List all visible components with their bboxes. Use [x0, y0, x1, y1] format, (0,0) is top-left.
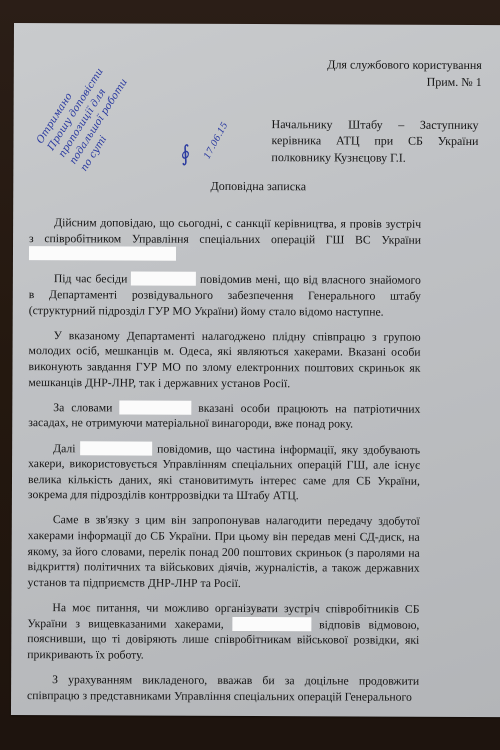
paragraph-text: З урахуванням викладеного, вважав би за … — [27, 673, 419, 703]
paragraph: На моє питання, чи можливо організувати … — [27, 600, 419, 664]
document-header: Для службового користування Прим. № 1 — [327, 56, 482, 90]
paragraph: Далі повідомив, що частина інформації, я… — [28, 441, 420, 505]
paragraph-text: Саме в зв'язку з цим він запропонував на… — [28, 514, 420, 590]
paragraph: У вказаному Департаменті налагоджено плі… — [28, 328, 420, 392]
document-page: Для службового користування Прим. № 1 От… — [11, 23, 500, 717]
redaction-box — [29, 246, 176, 261]
paragraph-text: У вказаному Департаменті налагоджено плі… — [28, 329, 420, 390]
paragraph: За словами вказані особи працюють на пат… — [28, 400, 420, 433]
redaction-box — [119, 400, 191, 414]
paragraph-text: Дійсним доповідаю, що сьогодні, с санкці… — [29, 216, 421, 246]
paragraph: Під час бесіди повідомив мені, що від вл… — [29, 271, 421, 319]
document-body: Дійсним доповідаю, що сьогодні, с санкці… — [27, 215, 421, 714]
paragraph: З урахуванням викладеного, вважав би за … — [27, 672, 419, 705]
document-title: Доповідна записка — [13, 178, 500, 195]
redaction-box — [232, 617, 311, 631]
signature-icon: ∮ — [175, 141, 193, 167]
paragraph: Дійсним доповідаю, що сьогодні, с санкці… — [29, 215, 421, 263]
addressee-block: Начальнику Штабу – Заступнику керівника … — [271, 116, 478, 166]
classification-label: Для службового користування — [327, 56, 482, 73]
paragraph-text: Далі — [53, 442, 75, 455]
handwritten-resolution: Отримано Прошу доповісти пропозиції для … — [34, 21, 210, 203]
redaction-box — [80, 441, 152, 455]
paragraph-text: За словами — [53, 401, 112, 414]
redaction-box — [131, 272, 196, 286]
copy-number: Прим. № 1 — [327, 73, 482, 90]
paragraph: Саме в зв'язку з цим він запропонував на… — [28, 513, 420, 593]
paragraph-text: Під час бесіди — [54, 273, 128, 286]
handwritten-date: 17.06.15 — [203, 121, 231, 161]
